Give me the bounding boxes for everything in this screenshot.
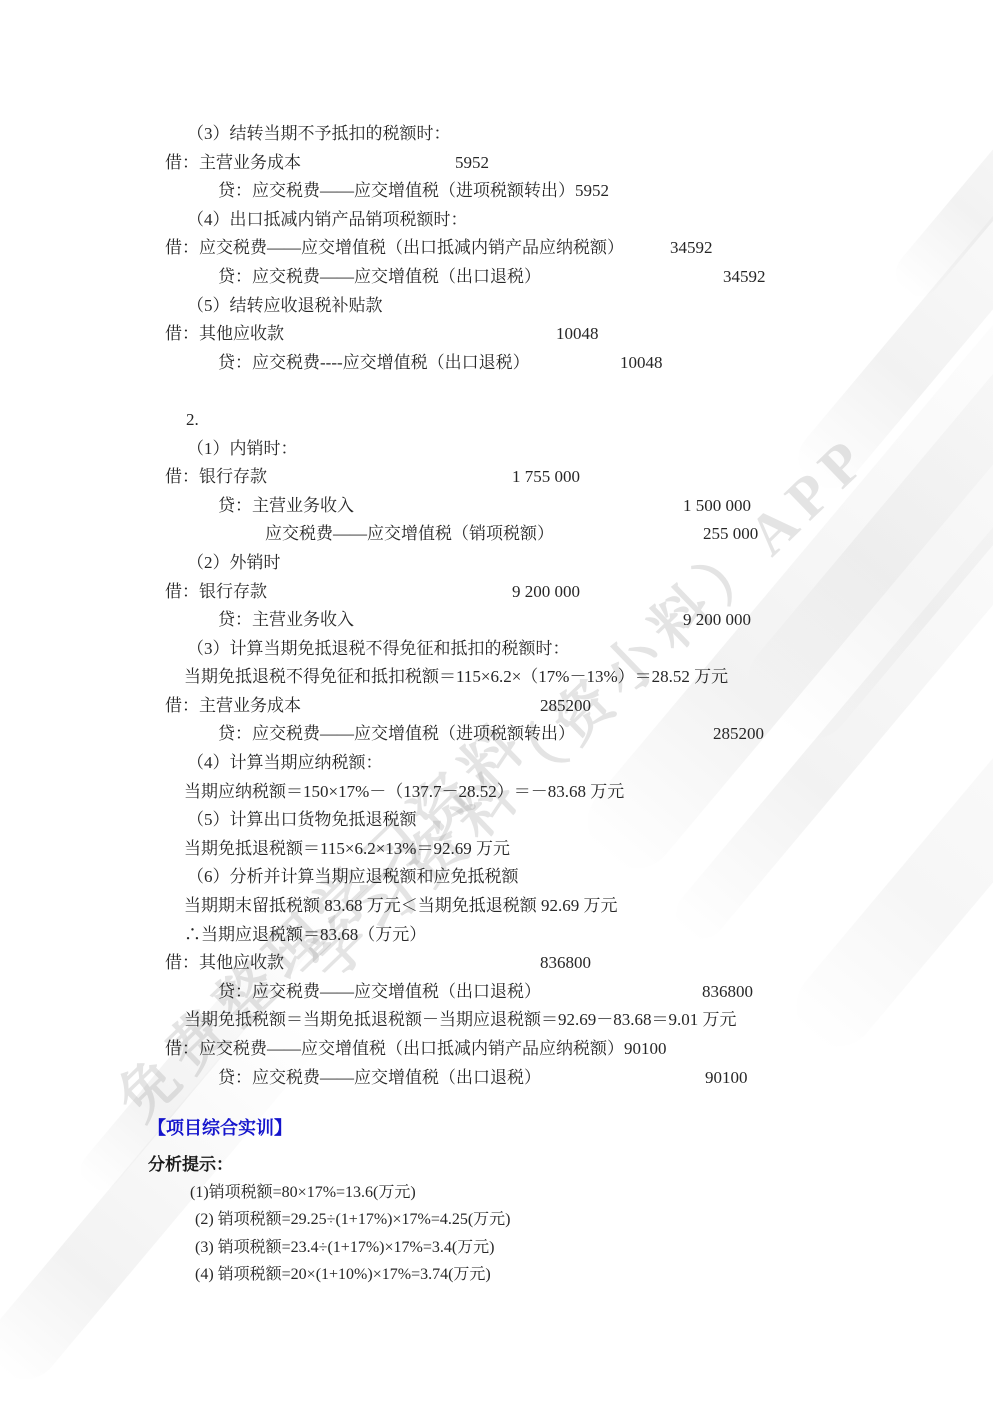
item-heading-line: （1）内销时： xyxy=(140,435,920,464)
entry-amount: 836800 xyxy=(702,978,753,1007)
entry-amount: 1 500 000 xyxy=(683,492,751,521)
credit-line: 贷：主营业务收入9 200 000 xyxy=(140,606,920,635)
training-section: 【项目综合实训】 分析提示： (1)销项税额=80×17%=13.6(万元) (… xyxy=(140,1113,920,1288)
debit-line: 借：应交税费——应交增值税（出口抵减内销产品应纳税额）90100 xyxy=(140,1035,920,1064)
analysis-item: (4) 销项税额=20×(1+10%)×17%=3.74(万元) xyxy=(140,1261,920,1288)
entry-text: 贷：应交税费----应交增值税（出口退税） xyxy=(218,353,530,372)
item-heading-line: （2）外销时 xyxy=(140,549,920,578)
entry-text: 借：主营业务成本 xyxy=(165,696,301,715)
section-number-line: 2. xyxy=(140,406,920,435)
entry-text: 贷：主营业务收入 xyxy=(218,610,354,629)
credit-line: 贷：应交税费——应交增值税（进项税额转出）285200 xyxy=(140,720,920,749)
calculation-line: 当期免抵退税额＝115×6.2×13%＝92.69 万元 xyxy=(140,835,920,864)
entry-text: 贷：应交税费——应交增值税（出口退税） xyxy=(218,267,541,286)
item-heading-line: （4）计算当期应纳税额： xyxy=(140,749,920,778)
credit-line: 贷：主营业务收入1 500 000 xyxy=(140,492,920,521)
analysis-item: (3) 销项税额=23.4÷(1+17%)×17%=3.4(万元) xyxy=(140,1234,920,1261)
analysis-hint-label: 分析提示： xyxy=(140,1151,920,1179)
entry-amount: 9 200 000 xyxy=(512,578,580,607)
entry-amount: 255 000 xyxy=(703,520,758,549)
entry-amount: 34592 xyxy=(723,263,766,292)
entry-text: 贷：应交税费——应交增值税（出口退税） xyxy=(218,982,541,1001)
entry-text: 应交税费——应交增值税（销项税额） xyxy=(265,524,554,543)
entry-amount: 5952 xyxy=(455,149,489,178)
entry-text: 贷：应交税费——应交增值税（进项税额转出） xyxy=(218,724,575,743)
calculation-line: 当期应纳税额＝150×17%－（137.7－28.52）＝－83.68 万元 xyxy=(140,778,920,807)
entry-amount: 10048 xyxy=(556,320,599,349)
calculation-line: 当期免抵税额＝当期免抵退税额－当期应退税额＝92.69－83.68＝9.01 万… xyxy=(140,1006,920,1035)
item-heading-line: （5）计算出口货物免抵退税额 xyxy=(140,806,920,835)
entry-amount: 34592 xyxy=(670,234,713,263)
entry-amount: 90100 xyxy=(705,1064,748,1093)
credit-line: 贷：应交税费——应交增值税（出口退税）34592 xyxy=(140,263,920,292)
conclusion-line: ∴当期应退税额＝83.68（万元） xyxy=(140,921,920,950)
entry-amount: 836800 xyxy=(540,949,591,978)
credit-line: 贷：应交税费----应交增值税（出口退税）10048 xyxy=(140,349,920,378)
entry-amount: 9 200 000 xyxy=(683,606,751,635)
entry-amount: 10048 xyxy=(620,349,663,378)
entry-text: 借：主营业务成本 xyxy=(165,153,301,172)
credit-line: 应交税费——应交增值税（销项税额）255 000 xyxy=(140,520,920,549)
credit-line: 贷：应交税费——应交增值税（出口退税）836800 xyxy=(140,978,920,1007)
credit-line: 贷：应交税费——应交增值税（进项税额转出）5952 xyxy=(140,177,920,206)
entry-text: 借：其他应收款 xyxy=(165,324,284,343)
entry-text: 借：银行存款 xyxy=(165,582,267,601)
calculation-line: 当期期末留抵税额 83.68 万元＜当期免抵退税额 92.69 万元 xyxy=(140,892,920,921)
entry-amount: 285200 xyxy=(540,692,591,721)
item-heading-line: （3）计算当期免抵退税不得免征和抵扣的税额时： xyxy=(140,635,920,664)
debit-line: 借：银行存款9 200 000 xyxy=(140,578,920,607)
debit-line: 借：其他应收款10048 xyxy=(140,320,920,349)
section-heading: 【项目综合实训】 xyxy=(140,1113,920,1143)
item-heading-line: （5）结转应收退税补贴款 xyxy=(140,292,920,321)
document-page: 学习资料（资小料）APP 免费整理学习资料 （3）结转当期不予抵扣的税额时： 借… xyxy=(0,0,993,1404)
entry-text: 贷：主营业务收入 xyxy=(218,496,354,515)
entry-text: 借：其他应收款 xyxy=(165,953,284,972)
item-heading-line: （4）出口抵减内销产品销项税额时： xyxy=(140,206,920,235)
item-heading-line: （6）分析并计算当期应退税额和应免抵税额 xyxy=(140,863,920,892)
debit-line: 借：主营业务成本285200 xyxy=(140,692,920,721)
debit-line: 借：主营业务成本5952 xyxy=(140,149,920,178)
item-heading-line: （3）结转当期不予抵扣的税额时： xyxy=(140,120,920,149)
journal-entries: （3）结转当期不予抵扣的税额时： 借：主营业务成本5952 贷：应交税费——应交… xyxy=(140,120,920,1092)
credit-line: 贷：应交税费——应交增值税（出口退税）90100 xyxy=(140,1064,920,1093)
entry-amount: 285200 xyxy=(713,720,764,749)
debit-line: 借：银行存款1 755 000 xyxy=(140,463,920,492)
calculation-line: 当期免抵退税不得免征和抵扣税额＝115×6.2×（17%－13%）＝28.52 … xyxy=(140,663,920,692)
debit-line: 借：应交税费——应交增值税（出口抵减内销产品应纳税额）34592 xyxy=(140,234,920,263)
entry-text: 借：银行存款 xyxy=(165,467,267,486)
analysis-item: (1)销项税额=80×17%=13.6(万元) xyxy=(140,1179,920,1206)
entry-amount: 1 755 000 xyxy=(512,463,580,492)
debit-line: 借：其他应收款836800 xyxy=(140,949,920,978)
analysis-item: (2) 销项税额=29.25÷(1+17%)×17%=4.25(万元) xyxy=(140,1206,920,1233)
entry-text: 借：应交税费——应交增值税（出口抵减内销产品应纳税额） xyxy=(165,238,624,257)
entry-text: 贷：应交税费——应交增值税（出口退税） xyxy=(218,1068,541,1087)
